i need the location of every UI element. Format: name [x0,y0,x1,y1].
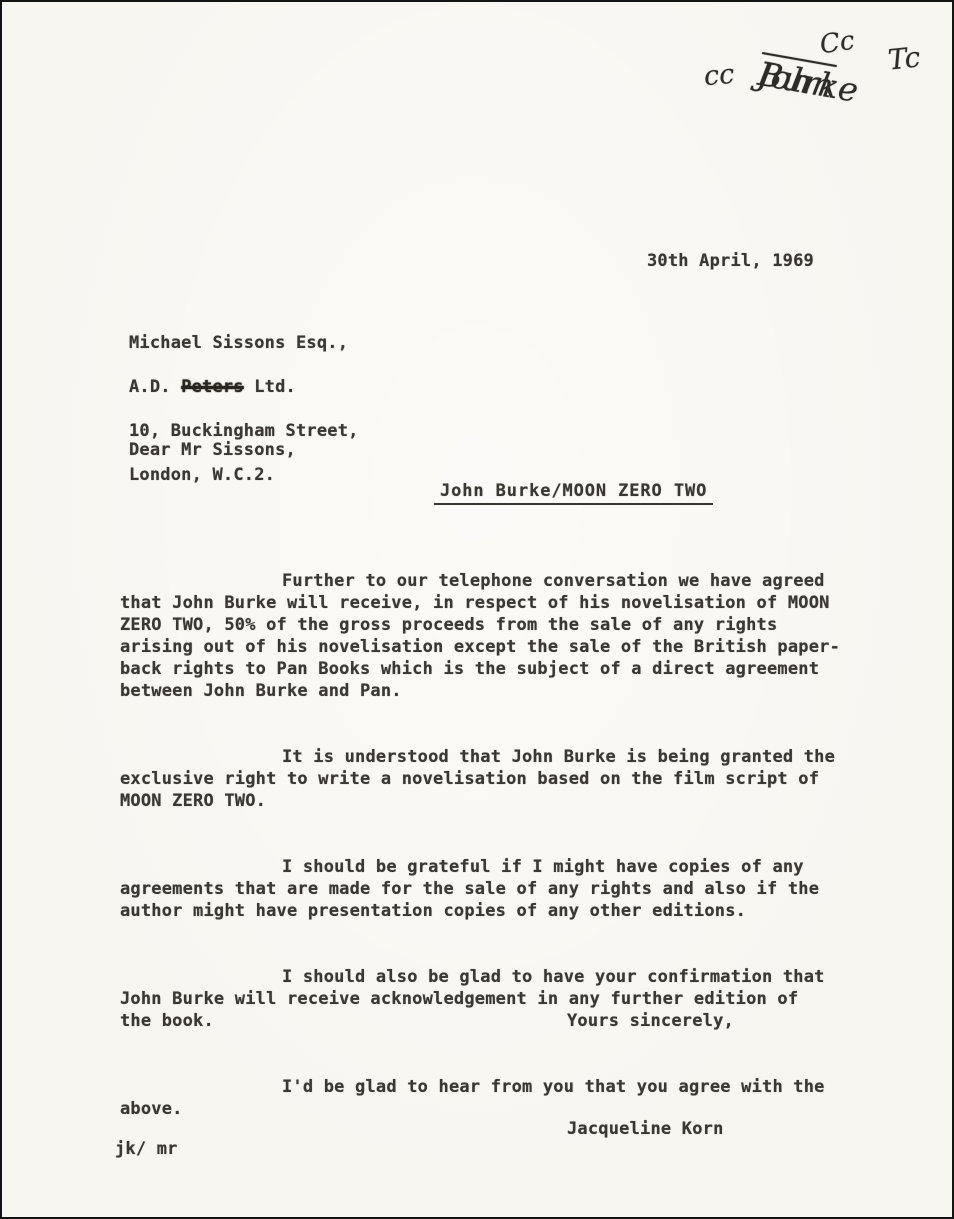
signature-name: Jacqueline Korn [567,1118,724,1140]
body-paragraph-2: It is understood that John Burke is bein… [120,746,896,812]
company-overstruck-word: Peters [181,377,244,397]
body-paragraph-5: I'd be glad to hear from you that you ag… [120,1076,896,1120]
letter-page: cc John Burke Cc Tc 30th April, 1969 Mic… [0,0,954,1219]
letter-date: 30th April, 1969 [647,250,814,272]
body-paragraph-3: I should be grateful if I might have cop… [120,856,896,922]
recipient-address-block: Michael Sissons Esq., A.D. Peters Ltd. 1… [129,310,359,508]
handwritten-tc-initials: Tc [886,40,921,76]
letter-body: Further to our telephone conversation we… [120,548,896,1164]
handwritten-last-name: Burke [755,54,861,110]
salutation: Dear Mr Sissons, [129,439,296,461]
body-paragraph-1: Further to our telephone conversation we… [120,570,896,702]
subject-line: John Burke/MOON ZERO TWO [434,480,713,505]
company-suffix: Ltd. [244,377,296,397]
handwritten-cc-note: cc [703,59,736,93]
body-paragraph-4: I should also be glad to have your confi… [120,966,896,1032]
recipient-city: London, W.C.2. [129,464,359,486]
recipient-company: A.D. Peters Ltd. [129,376,359,398]
closing-phrase: Yours sincerely, [567,1010,734,1032]
recipient-name: Michael Sissons Esq., [129,332,359,354]
handwritten-cc-initials: Cc [818,26,856,61]
typist-reference: jk/ mr [115,1138,178,1160]
company-prefix: A.D. [129,377,181,397]
